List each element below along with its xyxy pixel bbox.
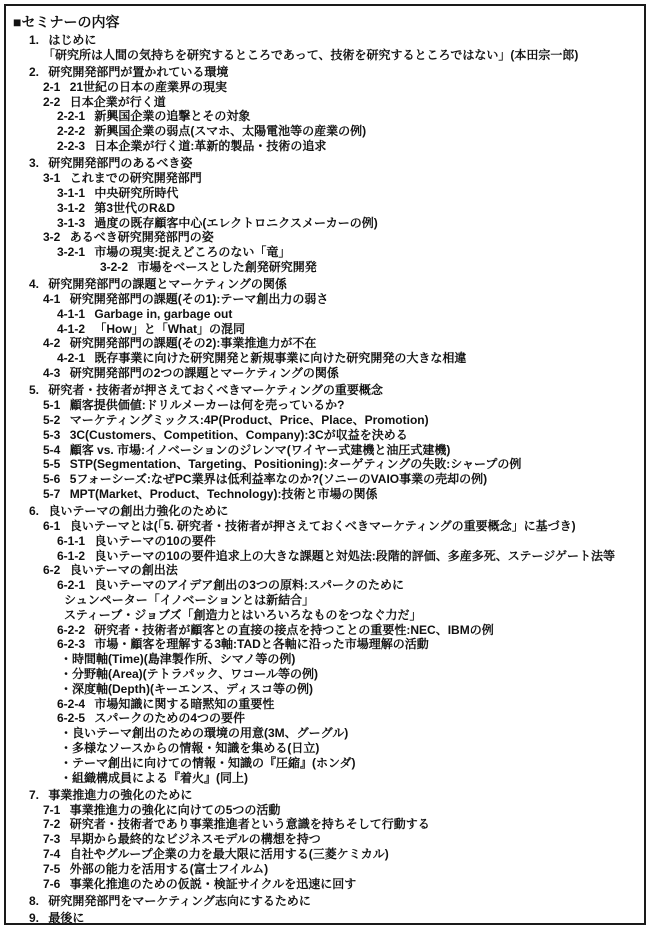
outline-line-number: 4. <box>29 277 39 291</box>
outline-line: 6-1-2 良いテーマの10の要件追求上の大きな課題と対処法:段階的評価、多産多… <box>6 549 644 564</box>
outline-line: 2. 研究開発部門が置かれている環境 <box>6 65 644 80</box>
outline-line: 7-3 早期から最終的なビジネスモデルの構想を持つ <box>6 832 644 847</box>
outline-line-number: 3-1-3 <box>57 216 85 230</box>
outline-line-text: 良いテーマとは(「5. 研究者・技術者が押さえておくべきマーケティングの重要概念… <box>70 519 576 533</box>
outline-line-number: 6-2 <box>43 563 60 577</box>
outline-line-text: ・時間軸(Time)(島津製作所、シマノ等の例) <box>60 652 295 666</box>
outline-line-number: 7-4 <box>43 847 60 861</box>
outline-line-number: 5-4 <box>43 443 60 457</box>
outline-line: 6-2-1 良いテーマのアイデア創出の3つの原料:スパークのために <box>6 578 644 593</box>
outline-line: 6-1-1 良いテーマの10の要件 <box>6 534 644 549</box>
outline-line: 2-2-1 新興国企業の追撃とその対象 <box>6 109 644 124</box>
outline-line: 4-3 研究開発部門の2つの課題とマーケティングの関係 <box>6 366 644 381</box>
outline-line: 3-1-1 中央研究所時代 <box>6 186 644 201</box>
outline-line-text: ・良いテーマ創出のための環境の用意(3M、グーグル) <box>60 726 348 740</box>
outline-line-number: 5-6 <box>43 472 60 486</box>
outline-line-number: 6-1 <box>43 519 60 533</box>
outline-line: 1. はじめに <box>6 33 644 48</box>
outline-line-text: ・テーマ創出に向けての情報・知識の『圧縮』(ホンダ) <box>60 756 356 770</box>
outline-line-number: 6-2-1 <box>57 578 85 592</box>
page-title: ■セミナーの内容 <box>6 14 644 31</box>
outline-line-text: 最後に <box>48 911 84 925</box>
outline-line-number: 2-1 <box>43 80 60 94</box>
outline-line: 5-3 3C(Customers、Competition、Company):3C… <box>6 428 644 443</box>
outline-line-text: 第3世代のR&D <box>94 201 175 215</box>
outline-line-text: 既存事業に向けた研究開発と新規事業に向けた研究開発の大きな相違 <box>94 351 466 365</box>
outline-line-number: 5-2 <box>43 413 60 427</box>
outline-line-text: 良いテーマの10の要件 <box>94 534 215 548</box>
outline-line-text: 3C(Customers、Competition、Company):3Cが収益を… <box>70 428 408 442</box>
outline-line-number: 4-2-1 <box>57 351 85 365</box>
outline-line: 3-1-2 第3世代のR&D <box>6 201 644 216</box>
outline-line: 3-1-3 過度の既存顧客中心(エレクトロニクスメーカーの例) <box>6 216 644 231</box>
outline-line-text: 研究者・技術者が押さえておくべきマーケティングの重要概念 <box>48 383 383 397</box>
outline-line-text: 良いテーマの創出力強化のために <box>48 504 228 518</box>
outline-line-number: 5-5 <box>43 457 60 471</box>
outline-line: ・深度軸(Depth)(キーエンス、ディスコ等の例) <box>6 682 644 697</box>
outline-line: 5-5 STP(Segmentation、Targeting、Positioni… <box>6 457 644 472</box>
outline-line: 2-1 21世紀の日本の産業界の現実 <box>6 80 644 95</box>
outline-line: 2-2-3 日本企業が行く道:革新的製品・技術の追求 <box>6 139 644 154</box>
outline-line-number: 2-2-3 <box>57 139 85 153</box>
outline-line: 5-7 MPT(Market、Product、Technology):技術と市場… <box>6 487 644 502</box>
outline-line-text: 研究開発部門の課題(その2):事業推進力が不在 <box>70 336 317 350</box>
outline-line: 4-1-1 Garbage in, garbage out <box>6 307 644 322</box>
outline-line: 3-1 これまでの研究開発部門 <box>6 171 644 186</box>
outline-line: 4-1 研究開発部門の課題(その1):テーマ創出力の弱さ <box>6 292 644 307</box>
outline-line-text: 研究開発部門の2つの課題とマーケティングの関係 <box>70 366 339 380</box>
outline-line-number: 6-2-5 <box>57 711 85 725</box>
outline-line-text: 事業推進力の強化のために <box>48 788 192 802</box>
outline-line-text: ・分野軸(Area)(テトラパック、ワコール等の例) <box>60 667 318 681</box>
outline-line-text: 研究者・技術者が顧客との直接の接点を持つことの重要性:NEC、IBMの例 <box>94 623 493 637</box>
outline-line: 6. 良いテーマの創出力強化のために <box>6 504 644 519</box>
outline-line-text: 顧客 vs. 市場:イノベーションのジレンマ(ワイヤー式建機と油圧式建機) <box>70 443 451 457</box>
outline-line: 7-5 外部の能力を活用する(富士フイルム) <box>6 862 644 877</box>
outline-line-number: 5-7 <box>43 487 60 501</box>
outline-line-text: Garbage in, garbage out <box>94 307 232 321</box>
outline-line-number: 4-1 <box>43 292 60 306</box>
outline-line-text: 外部の能力を活用する(富士フイルム) <box>70 862 268 876</box>
outline-line: 6-2-4 市場知識に関する暗黙知の重要性 <box>6 697 644 712</box>
outline-line: スティーブ・ジョブズ「創造力とはいろいろなものをつなぐ力だ」 <box>6 608 644 623</box>
outline-line-text: 過度の既存顧客中心(エレクトロニクスメーカーの例) <box>94 216 377 230</box>
outline-line-number: 6-1-2 <box>57 549 85 563</box>
outline-line-text: これまでの研究開発部門 <box>70 171 202 185</box>
outline-line: 5-1 顧客提供価値:ドリルメーカーは何を売っているか? <box>6 398 644 413</box>
outline-line: 4-1-2 「How」と「What」の混同 <box>6 322 644 337</box>
outline-line-number: 3-1-2 <box>57 201 85 215</box>
outline-line-text: はじめに <box>48 33 96 47</box>
outline-line-number: 2-2 <box>43 95 60 109</box>
outline-line-number: 7-2 <box>43 817 60 831</box>
outline-line-text: 21世紀の日本の産業界の現実 <box>70 80 227 94</box>
outline-line-text: 自社やグループ企業の力を最大限に活用する(三菱ケミカル) <box>70 847 389 861</box>
outline-list: 1. はじめに 「研究所は人間の気持ちを研究するところであって、技術を研究すると… <box>6 33 644 925</box>
outline-line-number: 3-2-1 <box>57 245 85 259</box>
outline-line-text: 「How」と「What」の混同 <box>94 322 245 336</box>
outline-line: 2-2 日本企業が行く道 <box>6 95 644 110</box>
outline-line-text: ・多様なソースからの情報・知識を集める(日立) <box>60 741 319 755</box>
outline-line-number: 8. <box>29 894 39 908</box>
outline-line: 4-2-1 既存事業に向けた研究開発と新規事業に向けた研究開発の大きな相違 <box>6 351 644 366</box>
outline-line-text: 中央研究所時代 <box>94 186 178 200</box>
outline-line-text: 事業化推進のための仮説・検証サイクルを迅速に回す <box>70 877 357 891</box>
outline-line: 7-1 事業推進力の強化に向けての5つの活動 <box>6 803 644 818</box>
outline-line-number: 7-3 <box>43 832 60 846</box>
outline-line-text: 事業推進力の強化に向けての5つの活動 <box>70 803 281 817</box>
outline-line-number: 2-2-1 <box>57 109 85 123</box>
outline-line: 3-2-1 市場の現実:捉えどころのない「竜」 <box>6 245 644 260</box>
outline-line-number: 6-2-4 <box>57 697 85 711</box>
outline-line: ・テーマ創出に向けての情報・知識の『圧縮』(ホンダ) <box>6 756 644 771</box>
outline-line-text: 良いテーマのアイデア創出の3つの原料:スパークのために <box>94 578 404 592</box>
outline-line-number: 6-2-3 <box>57 637 85 651</box>
outline-line-number: 4-3 <box>43 366 60 380</box>
outline-line-number: 3-1 <box>43 171 60 185</box>
outline-line-text: 早期から最終的なビジネスモデルの構想を持つ <box>70 832 321 846</box>
outline-line-text: 日本企業が行く道:革新的製品・技術の追求 <box>94 139 326 153</box>
outline-line-text: 研究開発部門をマーケティング志向にするために <box>48 894 311 908</box>
outline-line-number: 4-1-2 <box>57 322 85 336</box>
outline-line-number: 2. <box>29 65 39 79</box>
outline-line-number: 7-1 <box>43 803 60 817</box>
outline-line-number: 6. <box>29 504 39 518</box>
outline-line-number: 2-2-2 <box>57 124 85 138</box>
outline-line-text: ・組織構成員による『着火』(同上) <box>60 771 248 785</box>
outline-line-number: 1. <box>29 33 39 47</box>
outline-line: 5-6 5フォーシーズ:なぜPC業界は低利益率なのか?(ソニーのVAIO事業の売… <box>6 472 644 487</box>
outline-line-number: 3-2 <box>43 230 60 244</box>
outline-line: 3-2-2 市場をベースとした創発研究開発 <box>6 260 644 275</box>
outline-line-text: シュンペーター「イノベーションとは新結合」 <box>64 593 314 607</box>
outline-line-number: 4-2 <box>43 336 60 350</box>
outline-line-text: 研究開発部門が置かれている環境 <box>48 65 228 79</box>
outline-line: ・分野軸(Area)(テトラパック、ワコール等の例) <box>6 667 644 682</box>
outline-line: ・組織構成員による『着火』(同上) <box>6 771 644 786</box>
outline-line: 「研究所は人間の気持ちを研究するところであって、技術を研究するところではない」(… <box>6 48 644 63</box>
outline-line: シュンペーター「イノベーションとは新結合」 <box>6 593 644 608</box>
outline-line-text: 研究開発部門の課題とマーケティングの関係 <box>48 277 287 291</box>
outline-line-number: 3-1-1 <box>57 186 85 200</box>
outline-line-number: 6-1-1 <box>57 534 85 548</box>
outline-line-text: STP(Segmentation、Targeting、Positioning):… <box>70 457 522 471</box>
outline-line-number: 7-5 <box>43 862 60 876</box>
outline-line-number: 7-6 <box>43 877 60 891</box>
outline-line: ・良いテーマ創出のための環境の用意(3M、グーグル) <box>6 726 644 741</box>
outline-line-text: 5フォーシーズ:なぜPC業界は低利益率なのか?(ソニーのVAIO事業の売却の例) <box>70 472 487 486</box>
outline-line: 3. 研究開発部門のあるべき姿 <box>6 156 644 171</box>
outline-line-number: 4-1-1 <box>57 307 85 321</box>
outline-line-text: あるべき研究開発部門の姿 <box>70 230 214 244</box>
outline-line-text: 研究開発部門のあるべき姿 <box>48 156 192 170</box>
outline-line-number: 5-3 <box>43 428 60 442</box>
outline-line: ・多様なソースからの情報・知識を集める(日立) <box>6 741 644 756</box>
outline-line: 6-1 良いテーマとは(「5. 研究者・技術者が押さえておくべきマーケティングの… <box>6 519 644 534</box>
outline-line-number: 3-2-2 <box>100 260 128 274</box>
outline-line: ・時間軸(Time)(島津製作所、シマノ等の例) <box>6 652 644 667</box>
outline-line: 8. 研究開発部門をマーケティング志向にするために <box>6 894 644 909</box>
outline-line-text: スティーブ・ジョブズ「創造力とはいろいろなものをつなぐ力だ」 <box>64 608 421 622</box>
outline-line: 6-2-5 スパークのための4つの要件 <box>6 711 644 726</box>
outline-line-text: 市場の現実:捉えどころのない「竜」 <box>94 245 290 259</box>
outline-line-text: 顧客提供価値:ドリルメーカーは何を売っているか? <box>70 398 345 412</box>
outline-line-text: MPT(Market、Product、Technology):技術と市場の関係 <box>70 487 378 501</box>
outline-line-text: 「研究所は人間の気持ちを研究するところであって、技術を研究するところではない」(… <box>43 48 578 62</box>
outline-line-number: 6-2-2 <box>57 623 85 637</box>
document-page: ■セミナーの内容 1. はじめに 「研究所は人間の気持ちを研究するところであって… <box>0 0 650 939</box>
outline-line-text: 新興国企業の弱点(スマホ、太陽電池等の産業の例) <box>94 124 366 138</box>
outline-line: 5-2 マーケティングミックス:4P(Product、Price、Place、P… <box>6 413 644 428</box>
outline-line: 4-2 研究開発部門の課題(その2):事業推進力が不在 <box>6 336 644 351</box>
outline-line: 6-2-3 市場・顧客を理解する3軸:TADと各軸に沿った市場理解の活動 <box>6 637 644 652</box>
outline-line: 4. 研究開発部門の課題とマーケティングの関係 <box>6 277 644 292</box>
outline-line-text: 良いテーマの創出法 <box>70 563 178 577</box>
outline-line-number: 7. <box>29 788 39 802</box>
outline-line: 7-6 事業化推進のための仮説・検証サイクルを迅速に回す <box>6 877 644 892</box>
outline-line-text: スパークのための4つの要件 <box>94 711 245 725</box>
outline-line-number: 9. <box>29 911 39 925</box>
outline-line: 2-2-2 新興国企業の弱点(スマホ、太陽電池等の産業の例) <box>6 124 644 139</box>
outline-line: 6-2 良いテーマの創出法 <box>6 563 644 578</box>
outline-line: 9. 最後に <box>6 911 644 925</box>
outline-line-text: 市場をベースとした創発研究開発 <box>137 260 316 274</box>
seminar-outline-box: ■セミナーの内容 1. はじめに 「研究所は人間の気持ちを研究するところであって… <box>4 4 646 925</box>
outline-line: 6-2-2 研究者・技術者が顧客との直接の接点を持つことの重要性:NEC、IBM… <box>6 623 644 638</box>
outline-line: 5-4 顧客 vs. 市場:イノベーションのジレンマ(ワイヤー式建機と油圧式建機… <box>6 443 644 458</box>
outline-line-text: 良いテーマの10の要件追求上の大きな課題と対処法:段階的評価、多産多死、ステージ… <box>94 549 615 563</box>
outline-line: 5. 研究者・技術者が押さえておくべきマーケティングの重要概念 <box>6 383 644 398</box>
outline-line: 7. 事業推進力の強化のために <box>6 788 644 803</box>
outline-line-number: 3. <box>29 156 39 170</box>
outline-line: 7-4 自社やグループ企業の力を最大限に活用する(三菱ケミカル) <box>6 847 644 862</box>
outline-line-number: 5. <box>29 383 39 397</box>
outline-line-text: 研究開発部門の課題(その1):テーマ創出力の弱さ <box>70 292 329 306</box>
outline-line: 3-2 あるべき研究開発部門の姿 <box>6 230 644 245</box>
outline-line-text: マーケティングミックス:4P(Product、Price、Place、Promo… <box>70 413 429 427</box>
outline-line-number: 5-1 <box>43 398 60 412</box>
outline-line-text: 市場・顧客を理解する3軸:TADと各軸に沿った市場理解の活動 <box>94 637 428 651</box>
outline-line-text: ・深度軸(Depth)(キーエンス、ディスコ等の例) <box>60 682 313 696</box>
outline-line: 7-2 研究者・技術者であり事業推進者という意識を持ちそして行動する <box>6 817 644 832</box>
outline-line-text: 日本企業が行く道 <box>70 95 166 109</box>
outline-line-text: 新興国企業の追撃とその対象 <box>94 109 250 123</box>
outline-line-text: 市場知識に関する暗黙知の重要性 <box>94 697 274 711</box>
outline-line-text: 研究者・技術者であり事業推進者という意識を持ちそして行動する <box>70 817 430 831</box>
